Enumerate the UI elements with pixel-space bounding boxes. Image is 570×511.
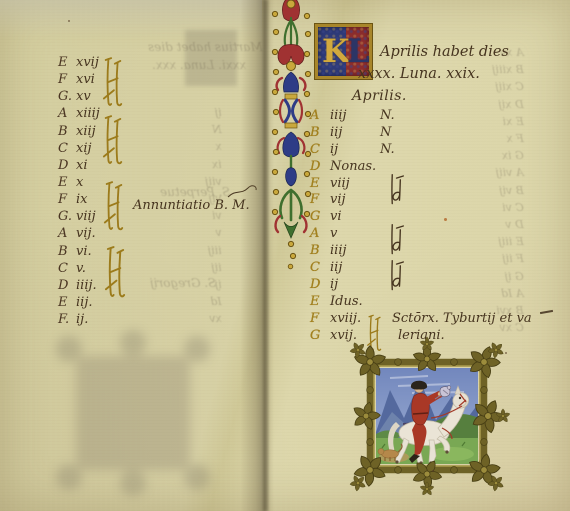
dominical-letter: A bbox=[58, 106, 76, 121]
dominical-letter: B bbox=[58, 244, 76, 259]
calendar-row: Biiij bbox=[310, 243, 376, 260]
ghost-text-line: F iij bbox=[492, 250, 524, 267]
roman-numeral: xij bbox=[76, 141, 92, 156]
right-calendar-rows: AiiijN. BiijN CijN. DNonas. Eviij Fvij G… bbox=[310, 108, 376, 344]
roman-numeral: iij bbox=[330, 260, 342, 275]
kl-ligature-mark bbox=[104, 243, 127, 301]
dominical-letter: B bbox=[310, 243, 330, 258]
dominical-letter: B bbox=[310, 125, 330, 140]
calendar-row: CijN. bbox=[310, 142, 376, 159]
dominical-letter: F bbox=[58, 192, 76, 207]
dominical-letter: G bbox=[310, 328, 330, 343]
ghost-text-line: B xiiij bbox=[492, 61, 524, 78]
showthrough-feast-b: S. Gregorij bbox=[150, 276, 216, 290]
calendar-row: Diiij. bbox=[58, 278, 100, 295]
dominical-letter: E bbox=[310, 294, 330, 309]
ghost-text-line: iiij bbox=[205, 242, 222, 259]
roman-numeral: xv bbox=[76, 89, 91, 104]
feast-tiburtius-line1: Sctōrx. Tyburtij et va bbox=[392, 311, 532, 326]
calendar-row: Exvij bbox=[58, 55, 100, 72]
calendar-row: Dij bbox=[310, 277, 376, 294]
ghost-text-line: x bbox=[205, 138, 222, 155]
dominical-letter: D bbox=[310, 159, 330, 174]
roman-numeral: iiij bbox=[330, 243, 347, 258]
roman-numeral: xvi bbox=[76, 72, 95, 87]
ghost-text-line: C vi bbox=[492, 199, 524, 216]
roman-numeral: v bbox=[330, 226, 337, 241]
roman-numeral: iij bbox=[330, 125, 342, 140]
dominical-letter: A bbox=[58, 226, 76, 241]
ink-speck bbox=[432, 470, 434, 472]
nones-abbreviation: N. bbox=[380, 108, 395, 123]
roman-numeral: iiij bbox=[330, 108, 347, 123]
roman-numeral: Nonas. bbox=[330, 159, 376, 174]
calendar-row: Bvi. bbox=[58, 244, 100, 261]
dominical-letter: D bbox=[310, 277, 330, 292]
ghost-text-line: D v bbox=[492, 216, 524, 233]
roman-numeral: xviij. bbox=[330, 311, 361, 326]
calendar-row: Eiij. bbox=[58, 295, 100, 312]
ghost-text-line: D xij bbox=[492, 96, 524, 113]
calendar-row: AiiijN. bbox=[310, 108, 376, 125]
dominical-letter: F bbox=[310, 311, 330, 326]
roman-numeral: vi bbox=[330, 209, 342, 224]
calendar-row: DNonas. bbox=[310, 159, 376, 176]
calendar-row: Axiiij bbox=[58, 106, 100, 123]
dominical-letter: C bbox=[310, 142, 330, 157]
ghost-text-line: C xiij bbox=[492, 78, 524, 95]
ink-speck bbox=[68, 20, 70, 22]
calendar-row: Fvij bbox=[310, 192, 376, 209]
dominical-letter: A bbox=[310, 108, 330, 123]
roman-numeral: iij. bbox=[76, 295, 92, 310]
ghost-text-line: N bbox=[205, 121, 222, 138]
dominical-letter: B bbox=[58, 124, 76, 139]
dominical-letter: F. bbox=[58, 312, 76, 327]
ghost-text-line: A Id bbox=[492, 285, 524, 302]
dominical-letter: C bbox=[58, 261, 76, 276]
calendar-row: EIdus. bbox=[310, 294, 376, 311]
left-calendar-rows: Exvij Fxvi G.xv Axiiij Bxiij Cxij Dxi Ex… bbox=[58, 55, 100, 329]
dominical-letter: E bbox=[58, 295, 76, 310]
showthrough-column-right: A xvB xiiijC xiijD xijE xiF xG ixA viijB… bbox=[492, 44, 524, 336]
dominical-letter: G. bbox=[58, 89, 76, 104]
line-filler-dash bbox=[540, 310, 553, 314]
floral-border bbox=[270, 0, 312, 274]
calendar-row: Bxiij bbox=[58, 124, 100, 141]
month-title: Aprilis. bbox=[352, 88, 407, 104]
ghost-text-line: G ix bbox=[492, 147, 524, 164]
falconer-miniature bbox=[332, 336, 514, 498]
month-header-line2: xxxx. Luna. xxix. bbox=[358, 66, 480, 82]
roman-numeral: ij bbox=[330, 142, 338, 157]
initial-letter-k: K bbox=[322, 33, 350, 69]
showthrough-feast-a: S. Perpetue bbox=[160, 185, 230, 199]
roman-numeral: x bbox=[76, 175, 83, 190]
roman-numeral: viij bbox=[330, 176, 350, 191]
calendar-row: G.viij bbox=[58, 209, 100, 226]
dominical-letter: E bbox=[58, 175, 76, 190]
calendar-row: Eviij bbox=[310, 176, 376, 193]
ink-speck bbox=[505, 352, 507, 354]
dominical-letter: E bbox=[58, 55, 76, 70]
roman-numeral: viij bbox=[76, 209, 96, 224]
roman-numeral: xi bbox=[76, 158, 88, 173]
dominical-letter: G bbox=[310, 209, 330, 224]
calendar-row: Av bbox=[310, 226, 376, 243]
showthrough-column-left: ijNxixviijvijviviiijiijijIdxv bbox=[205, 104, 222, 328]
dominical-letter: F bbox=[310, 192, 330, 207]
kl-ligature-mark bbox=[102, 55, 124, 109]
calendar-row: Fxvi bbox=[58, 72, 100, 89]
calendar-row: Dxi bbox=[58, 158, 100, 175]
page-gutter-shadow bbox=[240, 0, 274, 511]
dominical-letter: E bbox=[310, 176, 330, 191]
calendar-row: Ciij bbox=[310, 260, 376, 277]
ghost-text-line: ij bbox=[205, 276, 222, 293]
roman-numeral: xiiij bbox=[76, 106, 100, 121]
calendar-row: Ex bbox=[58, 175, 100, 192]
calendar-row: Cxij bbox=[58, 141, 100, 158]
calendar-row: BiijN bbox=[310, 125, 376, 142]
ghost-text-line: viij bbox=[205, 173, 222, 190]
calendar-row: Cv. bbox=[58, 261, 100, 278]
calendar-row: Gvi bbox=[310, 209, 376, 226]
roman-numeral: ij bbox=[330, 277, 338, 292]
roman-numeral: vij. bbox=[76, 226, 96, 241]
calendar-row: Fix bbox=[58, 192, 100, 209]
dominical-letter: D bbox=[58, 158, 76, 173]
ghost-text-line: B vij bbox=[492, 182, 524, 199]
ghost-text-line: iij bbox=[205, 259, 222, 276]
roman-numeral: xiij bbox=[76, 124, 96, 139]
idus-ligature-mark bbox=[388, 258, 405, 294]
idus-ligature-mark bbox=[388, 172, 405, 208]
ghost-text-line: xv bbox=[205, 310, 222, 327]
binding-crease bbox=[263, 0, 268, 511]
calendar-row: F.ij. bbox=[58, 312, 100, 329]
initial-letter-l: L bbox=[347, 33, 370, 69]
nones-abbreviation: N bbox=[380, 125, 391, 140]
showthrough-miniature-frame bbox=[58, 338, 208, 488]
dominical-letter: F bbox=[58, 72, 76, 87]
roman-numeral: Idus. bbox=[330, 294, 363, 309]
ghost-text-line: A viij bbox=[492, 164, 524, 181]
roman-numeral: iiij. bbox=[76, 278, 97, 293]
roman-numeral: ix bbox=[76, 192, 88, 207]
ghost-text-line: E xi bbox=[492, 113, 524, 130]
roman-numeral: xvij bbox=[76, 55, 99, 70]
calendar-row: Avij. bbox=[58, 226, 100, 243]
dominical-letter: D bbox=[58, 278, 76, 293]
annunciation-annotation: Annuntiatio B. M. bbox=[133, 198, 250, 213]
roman-numeral: v. bbox=[76, 261, 86, 276]
month-header-line1: Aprilis habet dies bbox=[380, 44, 509, 60]
calendar-row: G.xv bbox=[58, 89, 100, 106]
kl-ligature-mark bbox=[102, 113, 124, 167]
ghost-text-line: E iiij bbox=[492, 233, 524, 250]
roman-numeral: vij bbox=[330, 192, 346, 207]
ghost-text-line: ij bbox=[205, 104, 222, 121]
dominical-letter: C bbox=[58, 141, 76, 156]
kl-ligature-mark bbox=[103, 179, 125, 233]
ghost-text-line: G ij bbox=[492, 268, 524, 285]
nones-abbreviation: N. bbox=[380, 142, 395, 157]
roman-numeral: vi. bbox=[76, 244, 92, 259]
ghost-text-line: F x bbox=[492, 130, 524, 147]
showthrough-initial-block bbox=[185, 30, 237, 86]
dominical-letter: G. bbox=[58, 209, 76, 224]
manuscript-spread: Martius habet dies xxxi. Luna. xxx. S. P… bbox=[0, 0, 570, 511]
ghost-text-line: v bbox=[205, 224, 222, 241]
ghost-text-line: Id bbox=[205, 293, 222, 310]
roman-numeral: ij. bbox=[76, 312, 88, 327]
idus-ligature-mark bbox=[388, 222, 405, 258]
dominical-letter: C bbox=[310, 260, 330, 275]
dominical-letter: A bbox=[310, 226, 330, 241]
ink-speck bbox=[444, 218, 447, 221]
ghost-text-line: ix bbox=[205, 156, 222, 173]
